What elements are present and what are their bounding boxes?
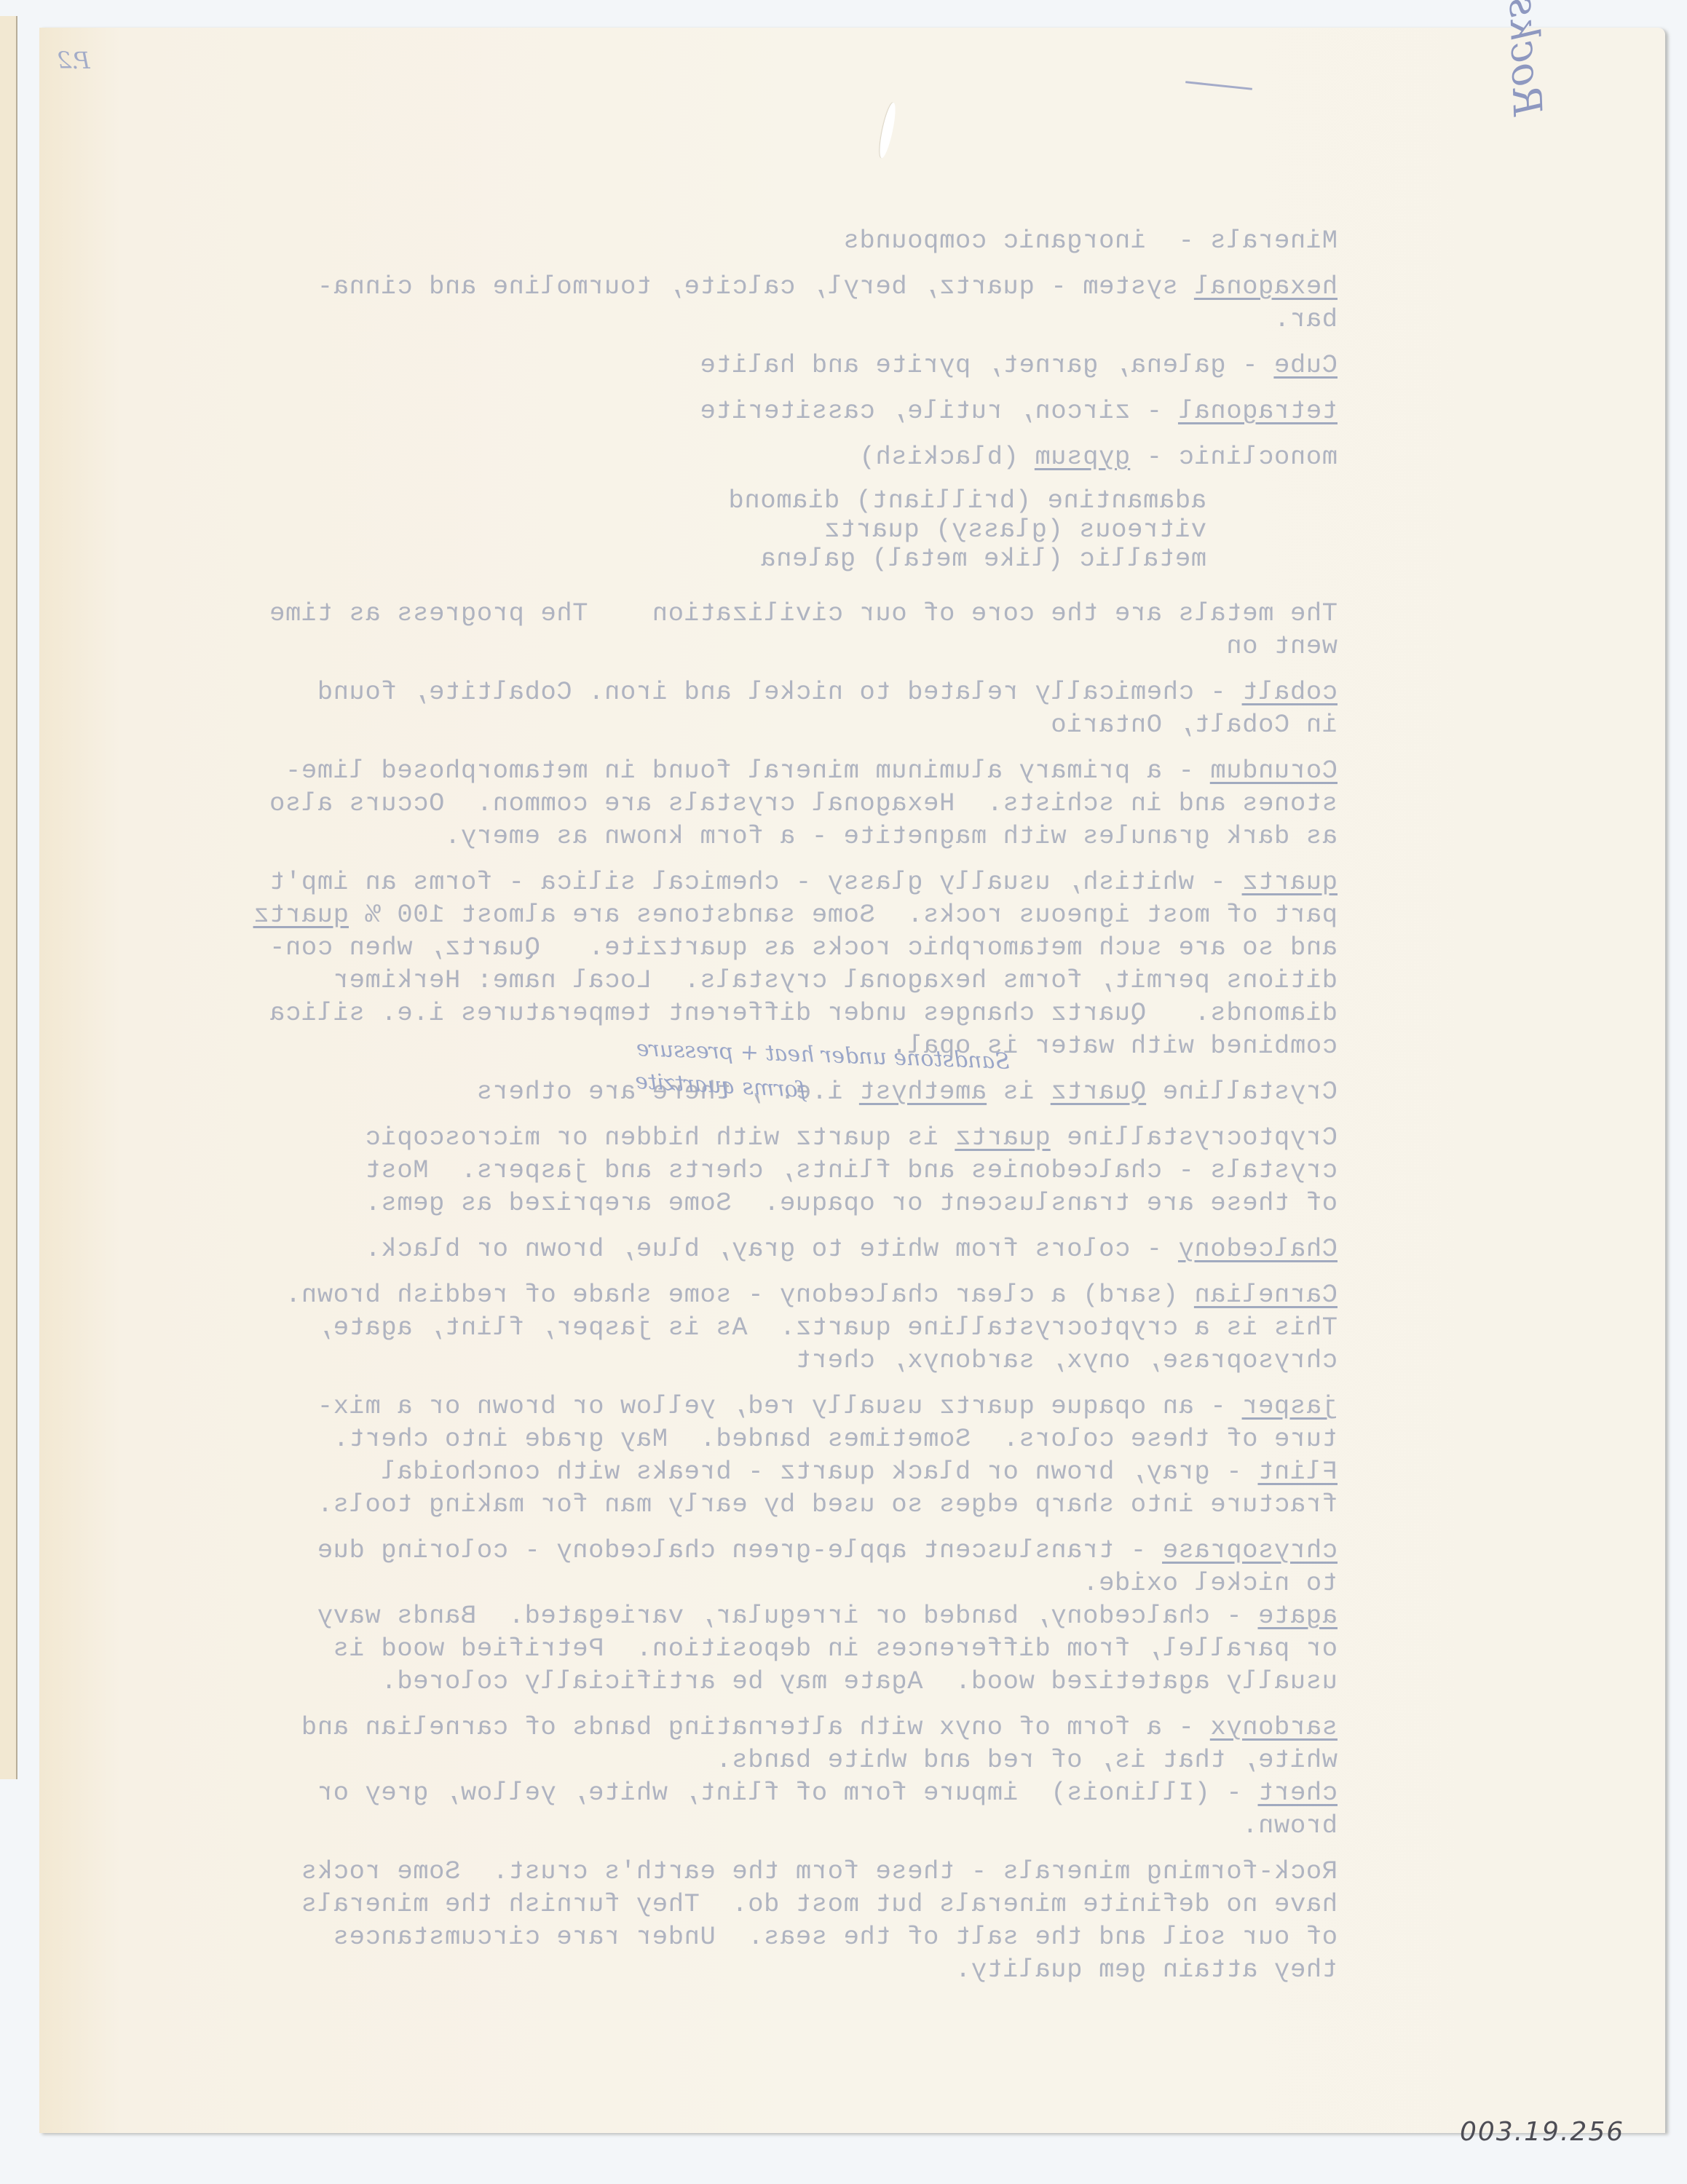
text-line: brown.	[71, 1809, 1338, 1842]
paragraph: monoclinic - gypsum (blackish)	[71, 440, 1338, 473]
paragraph: Chalcedony - colors from white to gray, …	[71, 1233, 1338, 1265]
paragraph: Corundum - a primary aluminum mineral fo…	[71, 754, 1338, 852]
text-line: as dark granules with magnetite - a form…	[71, 820, 1338, 852]
text-line: to nickel oxide.	[71, 1567, 1338, 1599]
text-line: in Cobalt, Ontario	[71, 708, 1338, 741]
text-line: Chalcedony - colors from white to gray, …	[71, 1233, 1338, 1265]
text-line: have no definite minerals but most do. T…	[71, 1888, 1338, 1920]
text-line: cobalt - chemically related to nickel an…	[71, 676, 1338, 708]
text-line: went on	[71, 630, 1338, 662]
paragraph: tetragonal - zircon, rutile, cassiterite	[71, 395, 1338, 427]
paragraph: Carnelian (sard) a clear chalcedony - so…	[71, 1278, 1338, 1377]
text-line: Rock-forming minerals - these form the e…	[71, 1855, 1338, 1888]
paragraph: Minerals - inorganic compounds	[71, 224, 1338, 257]
text-line: metallic (like metal) galena	[71, 545, 1206, 574]
text-line: quartz - whitish, usually glassy - chemi…	[71, 866, 1338, 898]
mirrored-text-layer: Minerals - inorganic compoundshexagonal …	[39, 28, 1665, 2133]
accession-number: 003.19.256	[1460, 2117, 1624, 2147]
text-line: bar.	[71, 303, 1338, 336]
text-line: Cryptocrystalline quartz is quartz with …	[71, 1121, 1338, 1154]
paragraph: adamantine (brilliant) diamondvitreous (…	[71, 486, 1338, 574]
paragraph: The metals are the core of our civilizat…	[71, 597, 1338, 662]
text-line: usually agatetized wood. Agate may be ar…	[71, 1665, 1338, 1698]
adjacent-page-edge	[0, 16, 17, 1779]
text-line: they attain gem quality.	[71, 1953, 1338, 1986]
text-line: Carnelian (sard) a clear chalcedony - so…	[71, 1278, 1338, 1311]
text-line: of our soil and the salt of the seas. Un…	[71, 1920, 1338, 1953]
paragraph: chrysoprase - transluscent apple-green c…	[71, 1534, 1338, 1698]
text-line: diamonds. Quartz changes under different…	[71, 997, 1338, 1029]
page-number-mark: P.2	[57, 47, 90, 74]
text-line: tetragonal - zircon, rutile, cassiterite	[71, 395, 1338, 427]
paragraph: hexagonal system - quartz, beryl, calcit…	[71, 270, 1338, 336]
text-line: hexagonal system - quartz, beryl, calcit…	[71, 270, 1338, 303]
text-line: sardonyx - a form of onyx with alternati…	[71, 1711, 1338, 1744]
paragraph: sardonyx - a form of onyx with alternati…	[71, 1711, 1338, 1842]
paragraph: Cryptocrystalline quartz is quartz with …	[71, 1121, 1338, 1219]
paragraph: quartz - whitish, usually glassy - chemi…	[71, 866, 1338, 1062]
text-line: monoclinic - gypsum (blackish)	[71, 440, 1338, 473]
paragraph: jasper - an opaque quartz usually red, y…	[71, 1390, 1338, 1521]
text-line: chrysoprase - transluscent apple-green c…	[71, 1534, 1338, 1567]
text-line: chrysoprase, onyx, sardonyx, chert	[71, 1344, 1338, 1377]
text-line: and so are such metamorphic rocks as qua…	[71, 931, 1338, 964]
text-line: Corundum - a primary aluminum mineral fo…	[71, 754, 1338, 787]
typed-text-body: Minerals - inorganic compoundshexagonal …	[71, 224, 1338, 1999]
text-line: The metals are the core of our civilizat…	[71, 597, 1338, 630]
text-line: part of most igneous rocks. Some sandsto…	[71, 898, 1338, 931]
text-line: jasper - an opaque quartz usually red, y…	[71, 1390, 1338, 1423]
text-line: vitreous (glassy) quartz	[71, 515, 1206, 545]
text-line: of these are transluscent or opaque. Som…	[71, 1187, 1338, 1219]
text-line: This is a cryptocrystalline quartz. As i…	[71, 1311, 1338, 1344]
text-line: stones and in schists. Hexagonal crystal…	[71, 787, 1338, 820]
text-line: Minerals - inorganic compounds	[71, 224, 1338, 257]
text-line: crystals - chalcedonies and flints, cher…	[71, 1154, 1338, 1187]
text-line: Cube - galena, garnet, pyrite and halite	[71, 349, 1338, 381]
text-line: white, that is, of red and white bands.	[71, 1744, 1338, 1776]
text-line: adamantine (brilliant) diamond	[71, 486, 1206, 515]
text-line: Flint - gray, brown or black quartz - br…	[71, 1455, 1338, 1488]
paragraph: Rock-forming minerals - these form the e…	[71, 1855, 1338, 1986]
text-line: ture of these colors. Sometimes banded. …	[71, 1423, 1338, 1455]
text-line: or parallel, from differences in deposit…	[71, 1632, 1338, 1665]
handwritten-title: Rocks	[1501, 0, 1551, 116]
paragraph: Cube - galena, garnet, pyrite and halite	[71, 349, 1338, 381]
text-line: agate - chalcedony, banded or irregular,…	[71, 1599, 1338, 1632]
paragraph: cobalt - chemically related to nickel an…	[71, 676, 1338, 741]
text-line: ditions permit, forms hexagonal crystals…	[71, 964, 1338, 997]
text-line: chert - (Illinois) impure form of flint,…	[71, 1776, 1338, 1809]
text-line: fracture into sharp edges so used by ear…	[71, 1488, 1338, 1521]
